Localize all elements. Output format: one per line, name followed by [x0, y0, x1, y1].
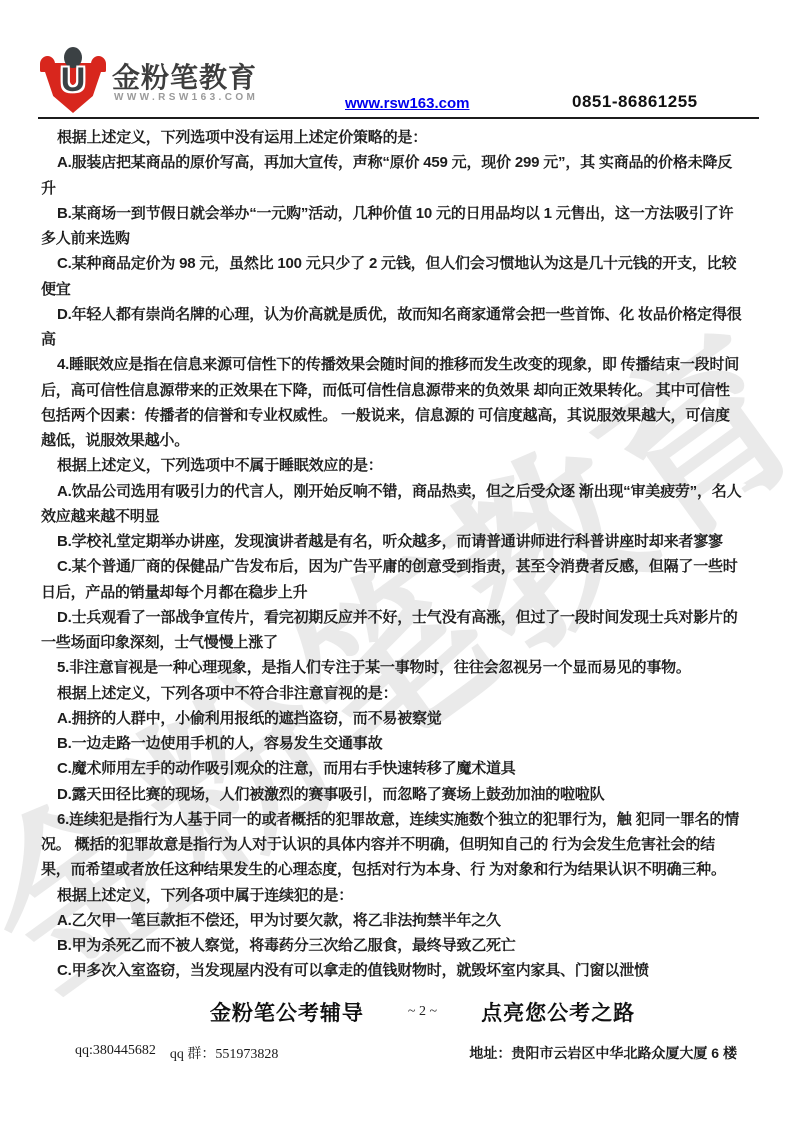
text-line: 高 — [41, 327, 776, 352]
body-lines: 根据上述定义，下列选项中没有运用上述定价策略的是：A.服装店把某商品的原价写高，… — [41, 125, 776, 984]
qq-number: qq:380445682 — [75, 1043, 156, 1063]
text-line: 升 — [41, 176, 776, 201]
document-page: 金粉笔教育 U 金粉笔教育 WWW.RSW163.COM www.rsw163.… — [0, 0, 793, 1122]
text-line: 越低，说服效果越小。 — [41, 428, 776, 453]
brand-logo-icon: U — [40, 47, 106, 115]
text-line: 6.连续犯是指行为人基于同一的或者概括的犯罪故意，连续实施数个独立的犯罪行为，触… — [41, 807, 776, 832]
phone-number: 0851-86861255 — [572, 92, 698, 112]
footer-slogan-left: 金粉笔公考辅导 — [210, 997, 364, 1027]
text-line: 根据上述定义，下列选项中不属于睡眠效应的是： — [41, 453, 776, 478]
footer-address: 地址：贵阳市云岩区中华北路众厦大厦 6 楼 — [469, 1043, 737, 1063]
text-line: 4.睡眠效应是指在信息来源可信性下的传播效果会随时间的推移而发生改变的现象，即 … — [41, 352, 776, 377]
text-line: 果，而希望或者放任这种结果发生的心理态度，包括对行为本身、行 为对象和行为结果认… — [41, 857, 776, 882]
text-line: A.拥挤的人群中，小偷利用报纸的遮挡盗窃，而不易被察觉 — [41, 706, 776, 731]
website-link[interactable]: www.rsw163.com — [345, 95, 470, 112]
text-line: 根据上述定义，下列各项中属于连续犯的是： — [41, 883, 776, 908]
text-line: B.学校礼堂定期举办讲座，发现演讲者越是有名，听众越多，而请普通讲师进行科普讲座… — [41, 529, 776, 554]
footer-slogan: 金粉笔公考辅导 ~ 2 ~ 点亮您公考之路 — [26, 997, 793, 1027]
text-line: A.乙欠甲一笔巨款拒不偿还，甲为讨要欠款，将乙非法拘禁半年之久 — [41, 908, 776, 933]
footer-contact: qq:380445682 qq 群：551973828 地址：贵阳市云岩区中华北… — [75, 1043, 737, 1063]
text-line: 根据上述定义，下列各项中不符合非注意盲视的是： — [41, 681, 776, 706]
text-line: 包括两个因素：传播者的信誉和专业权威性。 一般说来，信息源的 可信度越高，其说服… — [41, 403, 776, 428]
logo-u-glyph: U — [40, 60, 106, 100]
page-number: ~ 2 ~ — [408, 1004, 437, 1020]
brand-subtitle-url: WWW.RSW163.COM — [114, 92, 258, 103]
text-line: D.士兵观看了一部战争宣传片，看完初期反应并不好，士气没有高涨，但过了一段时间发… — [41, 605, 776, 630]
brand-name: 金粉笔教育 — [112, 56, 257, 96]
text-line: C.某种商品定价为 98 元，虽然比 100 元只少了 2 元钱，但人们会习惯地… — [41, 251, 776, 276]
text-line: 根据上述定义，下列选项中没有运用上述定价策略的是： — [41, 125, 776, 150]
text-line: B.一边走路一边使用手机的人，容易发生交通事故 — [41, 731, 776, 756]
text-line: 一些场面印象深刻，士气慢慢上涨了 — [41, 630, 776, 655]
text-line: B.甲为杀死乙而不被人察觉，将毒药分三次给乙服食，最终导致乙死亡 — [41, 933, 776, 958]
text-line: A.饮品公司选用有吸引力的代言人，刚开始反响不错，商品热卖，但之后受众逐 渐出现… — [41, 479, 776, 504]
text-line: 效应越来越不明显 — [41, 504, 776, 529]
text-line: B.某商场一到节假日就会举办“一元购”活动，几种价值 10 元的日用品均以 1 … — [41, 201, 776, 226]
text-line: C.甲多次入室盗窃，当发现屋内没有可以拿走的值钱财物时，就毁坏室内家具、门窗以泄… — [41, 958, 776, 983]
text-line: 多人前来选购 — [41, 226, 776, 251]
text-line: C.某个普通厂商的保健品广告发布后，因为广告平庸的创意受到指责，甚至令消费者反感… — [41, 554, 776, 579]
header-divider — [38, 117, 759, 119]
qq-group-number: qq 群：551973828 — [170, 1043, 279, 1063]
footer-slogan-right: 点亮您公考之路 — [481, 997, 635, 1027]
text-line: A.服装店把某商品的原价写高，再加大宣传，声称“原价 459 元，现价 299 … — [41, 150, 776, 175]
text-line: 便宜 — [41, 277, 776, 302]
text-line: C.魔术师用左手的动作吸引观众的注意，而用右手快速转移了魔术道具 — [41, 756, 776, 781]
text-line: 况。 概括的犯罪故意是指行为人对于认识的具体内容并不明确，但明知自己的 行为会发… — [41, 832, 776, 857]
text-line: D.露天田径比赛的现场，人们被激烈的赛事吸引，而忽略了赛场上鼓劲加油的啦啦队 — [41, 782, 776, 807]
footer-qq-info: qq:380445682 qq 群：551973828 — [75, 1043, 278, 1063]
text-line: 日后，产品的销量却每个月都在稳步上升 — [41, 580, 776, 605]
text-line: 后，高可信性信息源带来的正效果在下降，而低可信性信息源带来的负效果 却向正效果转… — [41, 378, 776, 403]
text-line: 5.非注意盲视是一种心理现象，是指人们专注于某一事物时，往往会忽视另一个显而易见… — [41, 655, 776, 680]
text-line: D.年轻人都有崇尚名牌的心理，认为价高就是质优，故而知名商家通常会把一些首饰、化… — [41, 302, 776, 327]
